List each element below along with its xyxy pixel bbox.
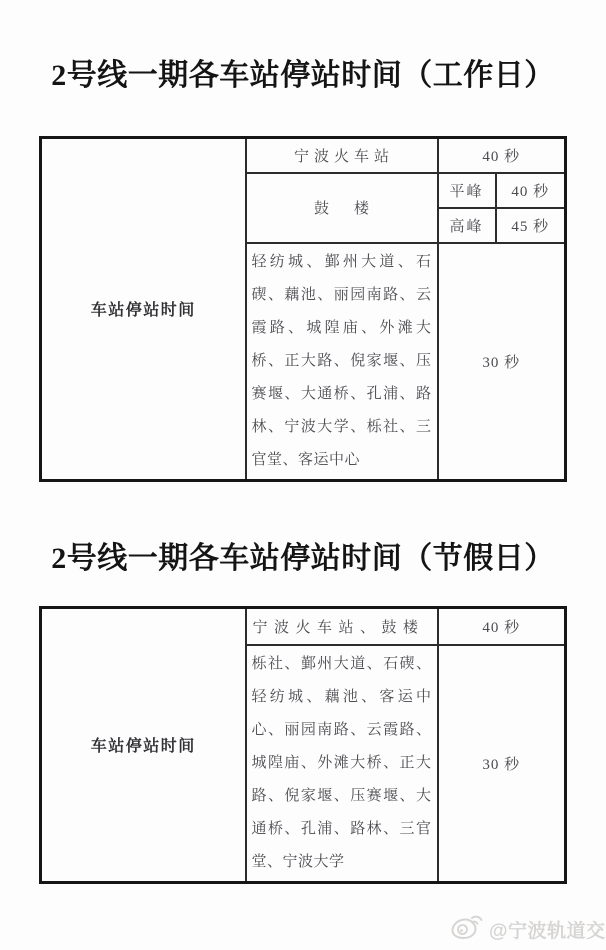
workday-other-stations-time: 30 秒 <box>438 243 566 481</box>
workday-peak-label: 高峰 <box>438 208 496 243</box>
workday-time-ningbo-railway: 40 秒 <box>438 138 566 173</box>
workday-row-header: 车站停站时间 <box>41 138 246 481</box>
table-row: 车站停站时间 宁波火车站 40 秒 <box>41 138 566 173</box>
workday-station-ningbo-railway: 宁波火车站 <box>246 138 438 173</box>
watermark: @宁波轨道交通 <box>450 912 606 946</box>
workday-other-stations-list: 轻纺城、鄞州大道、石碶、藕池、丽园南路、云霞路、城隍庙、外滩大桥、正大路、倪家堰… <box>246 243 438 481</box>
holiday-title: 2号线一期各车站停站时间（节假日） <box>0 533 606 577</box>
holiday-row-header: 车站停站时间 <box>41 608 246 883</box>
holiday-major-stations-time: 40 秒 <box>438 608 566 645</box>
workday-title: 2号线一期各车站停站时间（工作日） <box>0 50 606 94</box>
holiday-stop-time-table: 车站停站时间 宁波火车站、鼓楼 40 秒 栎社、鄞州大道、石碶、轻纺城、藕池、客… <box>39 606 567 884</box>
holiday-major-stations: 宁波火车站、鼓楼 <box>246 608 438 645</box>
workday-offpeak-label: 平峰 <box>438 173 496 208</box>
workday-station-gulou: 鼓 楼 <box>246 173 438 243</box>
workday-offpeak-time: 40 秒 <box>496 173 566 208</box>
watermark-text: @宁波轨道交通 <box>489 916 606 943</box>
holiday-other-stations-list: 栎社、鄞州大道、石碶、轻纺城、藕池、客运中心、丽园南路、云霞路、城隍庙、外滩大桥… <box>246 645 438 883</box>
holiday-other-stations-time: 30 秒 <box>438 645 566 883</box>
table-row: 车站停站时间 宁波火车站、鼓楼 40 秒 <box>41 608 566 645</box>
scanned-notice-page: { "doc": { "workday": { "title": "2号线一期各… <box>0 0 606 950</box>
workday-peak-time: 45 秒 <box>496 208 566 243</box>
weibo-icon <box>450 912 484 946</box>
workday-stop-time-table: 车站停站时间 宁波火车站 40 秒 鼓 楼 平峰 40 秒 高峰 45 秒 轻纺… <box>39 136 567 482</box>
